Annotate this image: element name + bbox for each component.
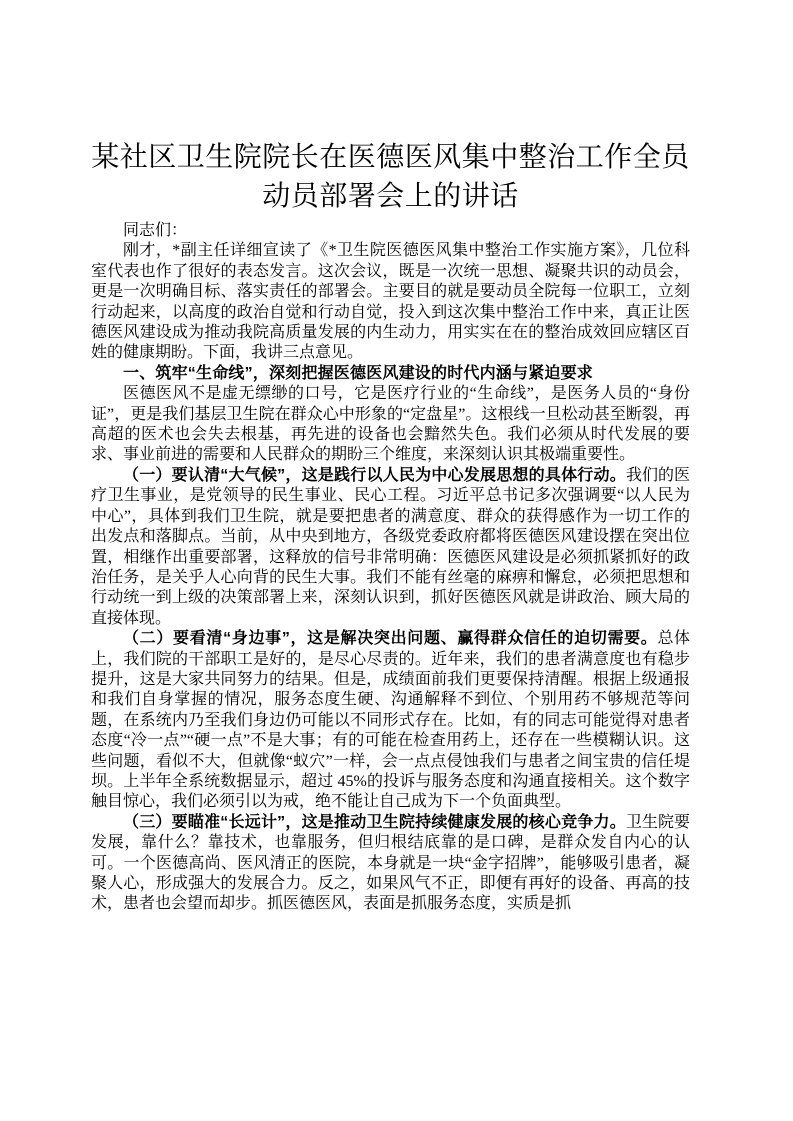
section-1-heading: 一、筑牢“生命线”，深刻把握医德医风建设的时代内涵与紧迫要求 [91, 364, 690, 384]
section-1-body-text: 医德医风不是虚无缥缈的口号，它是医疗行业的“生命线”，是医务人员的“身份证”，更… [91, 385, 690, 463]
paragraph-intro: 刚才，*副主任详细宣读了《*卫生院医德医风集中整治工作实施方案》，几位科室代表也… [91, 241, 690, 363]
point-3-lead: （三）要瞄准“长远计”，这是推动卫生院持续健康发展的核心竞争力。 [123, 814, 626, 831]
section-1-body: 医德医风不是虚无缥缈的口号，它是医疗行业的“生命线”，是医务人员的“身份证”，更… [91, 384, 690, 466]
document-title: 某社区卫生院院长在医德医风集中整治工作全员动员部署会上的讲话 [91, 138, 690, 216]
point-2-text: 总体上，我们院的干部职工是好的，是尽心尽责的。近年来，我们的患者满意度也有稳步提… [91, 630, 690, 810]
salutation: 同志们： [91, 221, 690, 241]
point-1-paragraph: （一）要认清“大气候”，这是践行以人民为中心发展思想的具体行动。我们的医疗卫生事… [91, 466, 690, 629]
point-3-paragraph: （三）要瞄准“长远计”，这是推动卫生院持续健康发展的核心竞争力。卫生院要发展，靠… [91, 813, 690, 915]
document-page: 某社区卫生院院长在医德医风集中整治工作全员动员部署会上的讲话 同志们： 刚才，*… [0, 0, 793, 1121]
point-2-paragraph: （二）要看清“身边事”，这是解决突出问题、赢得群众信任的迫切需要。总体上，我们院… [91, 629, 690, 813]
point-1-text: 我们的医疗卫生事业，是党领导的民生事业、民心工程。习近平总书记多次强调要“以人民… [91, 467, 690, 627]
point-2-lead: （二）要看清“身边事”，这是解决突出问题、赢得群众信任的迫切需要。 [123, 630, 658, 647]
point-1-lead: （一）要认清“大气候”，这是践行以人民为中心发展思想的具体行动。 [123, 467, 626, 484]
